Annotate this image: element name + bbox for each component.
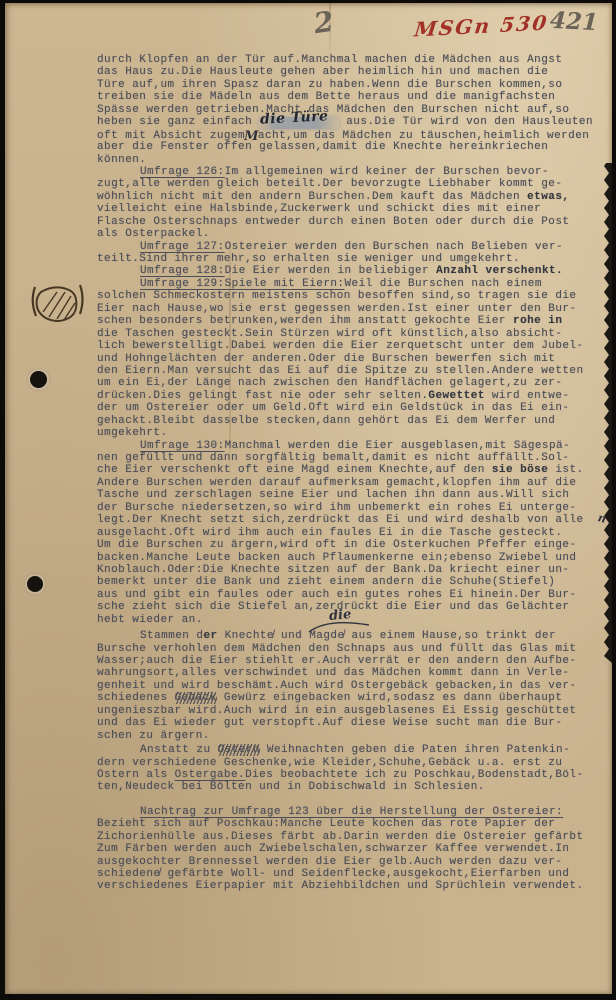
text-line: vielleicht eine Halsbinde,Zuckerwerk und… [97, 203, 597, 215]
text-line: als Osterpackel. [97, 228, 597, 240]
text-line: Andere Burschen werden darauf aufmerksam… [97, 477, 597, 489]
text-line: ausgelacht.Oft wird ihm auch ein faules … [97, 527, 597, 539]
text-line: und das Ei wieder gut verstopft.Auf dies… [97, 717, 597, 729]
text-line: wöhnlich nicht mit den andern Burschen.D… [97, 191, 597, 203]
text-line: Eier nach Hause,wo sie erst gegessen wer… [97, 303, 597, 315]
text-line: bemerkt unter die Bank und zieht einem a… [97, 576, 597, 588]
hole-punch-top [30, 371, 47, 388]
text-line: Nachtrag zur Umfrage 123 über die Herste… [97, 806, 597, 818]
text-line: legt.Der Knecht setzt sich,zerdrückt das… [97, 514, 597, 526]
typewritten-text-body: durch Klopfen an der Tür auf.Manchmal ma… [97, 54, 597, 893]
text-line: drücken.Dies gelingt fast nie oder sehr … [97, 390, 597, 402]
paragraph: Umfrage 128:Die Eier werden in beliebige… [97, 265, 597, 277]
text-line: Wasser;auch die Eier stiehlt er.Auch ver… [97, 655, 597, 667]
text-line: Umfrage 126:Im allgemeinen wird keiner d… [97, 166, 597, 178]
text-line: che Eier verschenkt oft eine Magd einem … [97, 464, 597, 476]
text-line: Anstatt zu Ostern Weihnachten geben die … [97, 744, 597, 756]
text-line: Zichorienhülle aus.Dieses färbt ab.Darin… [97, 831, 597, 843]
text-line: den Eiern.Man versucht das Ei auf die Sp… [97, 365, 597, 377]
text-line: Ostern als Ostergabe.Dies beobachtete ic… [97, 769, 597, 781]
text-line: schen zu ärgern. [97, 730, 597, 742]
paragraph: Umfrage 130:Manchmal werden die Eier aus… [97, 440, 597, 627]
text-line: Bezieht sich auf Poschkau:Manche Leute k… [97, 818, 597, 830]
page-number-pencil-right: 421 [549, 7, 598, 36]
text-line: dern verschiedene Geschenke,wie Kleider,… [97, 757, 597, 769]
text-line: können. [97, 154, 597, 166]
text-line: Um die Burschen zu ärgern,wird oft in di… [97, 539, 597, 551]
text-line: Knoblauch.Oder:Die Knechte sitzen auf de… [97, 564, 597, 576]
hole-punch-bottom [27, 576, 43, 592]
text-line: zugt,alle werden gleich beteilt.Der bevo… [97, 178, 597, 190]
text-line: gehackt.Bleibt dasselbe stecken,dann geh… [97, 415, 597, 427]
text-line: aus und gibt ein faules oder auch ein gu… [97, 589, 597, 601]
paragraph: Umfrage 129:Spiele mit Eiern:Weil die Bu… [97, 278, 597, 440]
text-line: Bursche verhohlen dem Mädchen den Schnap… [97, 643, 597, 655]
paper-sheet: durch Klopfen an der Tür auf.Manchmal ma… [5, 3, 612, 994]
text-line: um ein Ei,der Länge nach zwischen den Ha… [97, 377, 597, 389]
text-line: oft mit Absicht zugemMacht,um das Mädche… [97, 129, 597, 141]
text-line: das Haus zu.Die Hausleute gehen aber hei… [97, 66, 597, 78]
text-line: genheit und wird beschämt.Auch wird Oste… [97, 680, 597, 692]
text-line: aber die Fenster offen gelassen,damit di… [97, 141, 597, 153]
text-line: durch Klopfen an der Tür auf.Manchmal ma… [97, 54, 597, 66]
text-line: teilt.Sind ihrer mehr,so erhalten sie we… [97, 253, 597, 265]
text-line: schiedenes Gebäck Gewürz eingebacken wir… [97, 692, 597, 704]
text-line: der um Ostereier oder um Geld.Oft wird e… [97, 402, 597, 414]
text-line: Umfrage 130:Manchmal werden die Eier aus… [97, 440, 597, 452]
ink-smudge-with-handwriting: die Türe [259, 117, 339, 129]
text-line: umgekehrt. [97, 427, 597, 439]
paragraph: durch Klopfen an der Tür auf.Manchmal ma… [97, 54, 597, 166]
text-line: ten,Neudeck bei Bölten und in Dobischwal… [97, 781, 597, 793]
text-line: Umfrage 128:Die Eier werden in beliebige… [97, 265, 597, 277]
text-line: nen gefüllt und dann sorgfältig bemalt,d… [97, 452, 597, 464]
text-line: Spässe werden getrieben.Macht das Mädche… [97, 104, 597, 116]
paragraph: Nachtrag zur Umfrage 123 über die Herste… [97, 806, 597, 893]
text-line: ungenieszbar wird.Auch wird in ein ausge… [97, 705, 597, 717]
text-line: Zum Färben werden auch Zwiebelschalen,sc… [97, 843, 597, 855]
text-line: der Bursche niedersetzen,so wird ihm unb… [97, 502, 597, 514]
margin-sketch-hatched-oval [26, 281, 88, 333]
text-line: verschiedenes Eierpapier mit Abziehbildc… [97, 880, 597, 892]
text-line: heben sie ganz einfach die Türe aus.Die … [97, 116, 597, 128]
text-line: Türe auf,um ihren Spasz daran zu haben.W… [97, 79, 597, 91]
text-line: treiben sie die Mädeln aus dem Bette her… [97, 91, 597, 103]
text-line: wahrungsort,alles verschwindet und das M… [97, 667, 597, 679]
handwritten-insertion-die: die [328, 607, 352, 624]
text-line: Tasche und zerschlagen seine Eier und la… [97, 489, 597, 501]
paragraph: Stammen der Knechte̸ und Magde̸ aus eine… [97, 630, 597, 742]
torn-right-edge [601, 163, 612, 663]
text-line: schen besonders betrunken,werden ihm ans… [97, 315, 597, 327]
text-line: backen.Manche Leute backen auch Pflaumen… [97, 552, 597, 564]
text-line: lich bewerstelligt.Dabei werden die Eier… [97, 340, 597, 352]
text-line: die Taschen gesteckt.Sein Stürzen wird o… [97, 328, 597, 340]
text-line: ausgekochter Brennessel werden die Eier … [97, 856, 597, 868]
paragraph: Anstatt zu Ostern Weihnachten geben die … [97, 744, 597, 794]
text-line: Umfrage 129:Spiele mit Eiern:Weil die Bu… [97, 278, 597, 290]
text-line: solchen Schmeckostern meistens schon bes… [97, 290, 597, 302]
paragraph: Umfrage 127:Ostereier werden den Bursche… [97, 241, 597, 266]
scanned-document-page: durch Klopfen an der Tür auf.Manchmal ma… [0, 0, 616, 1000]
text-line: Flasche Osterschnaps entweder durch eine… [97, 216, 597, 228]
text-line: Umfrage 127:Ostereier werden den Bursche… [97, 241, 597, 253]
text-line: schiedene̸ gefärbte Woll- und Seidenflec… [97, 868, 597, 880]
paragraph: Umfrage 126:Im allgemeinen wird keiner d… [97, 166, 597, 241]
text-line: und Hohngelächten der anderen.Oder die B… [97, 353, 597, 365]
